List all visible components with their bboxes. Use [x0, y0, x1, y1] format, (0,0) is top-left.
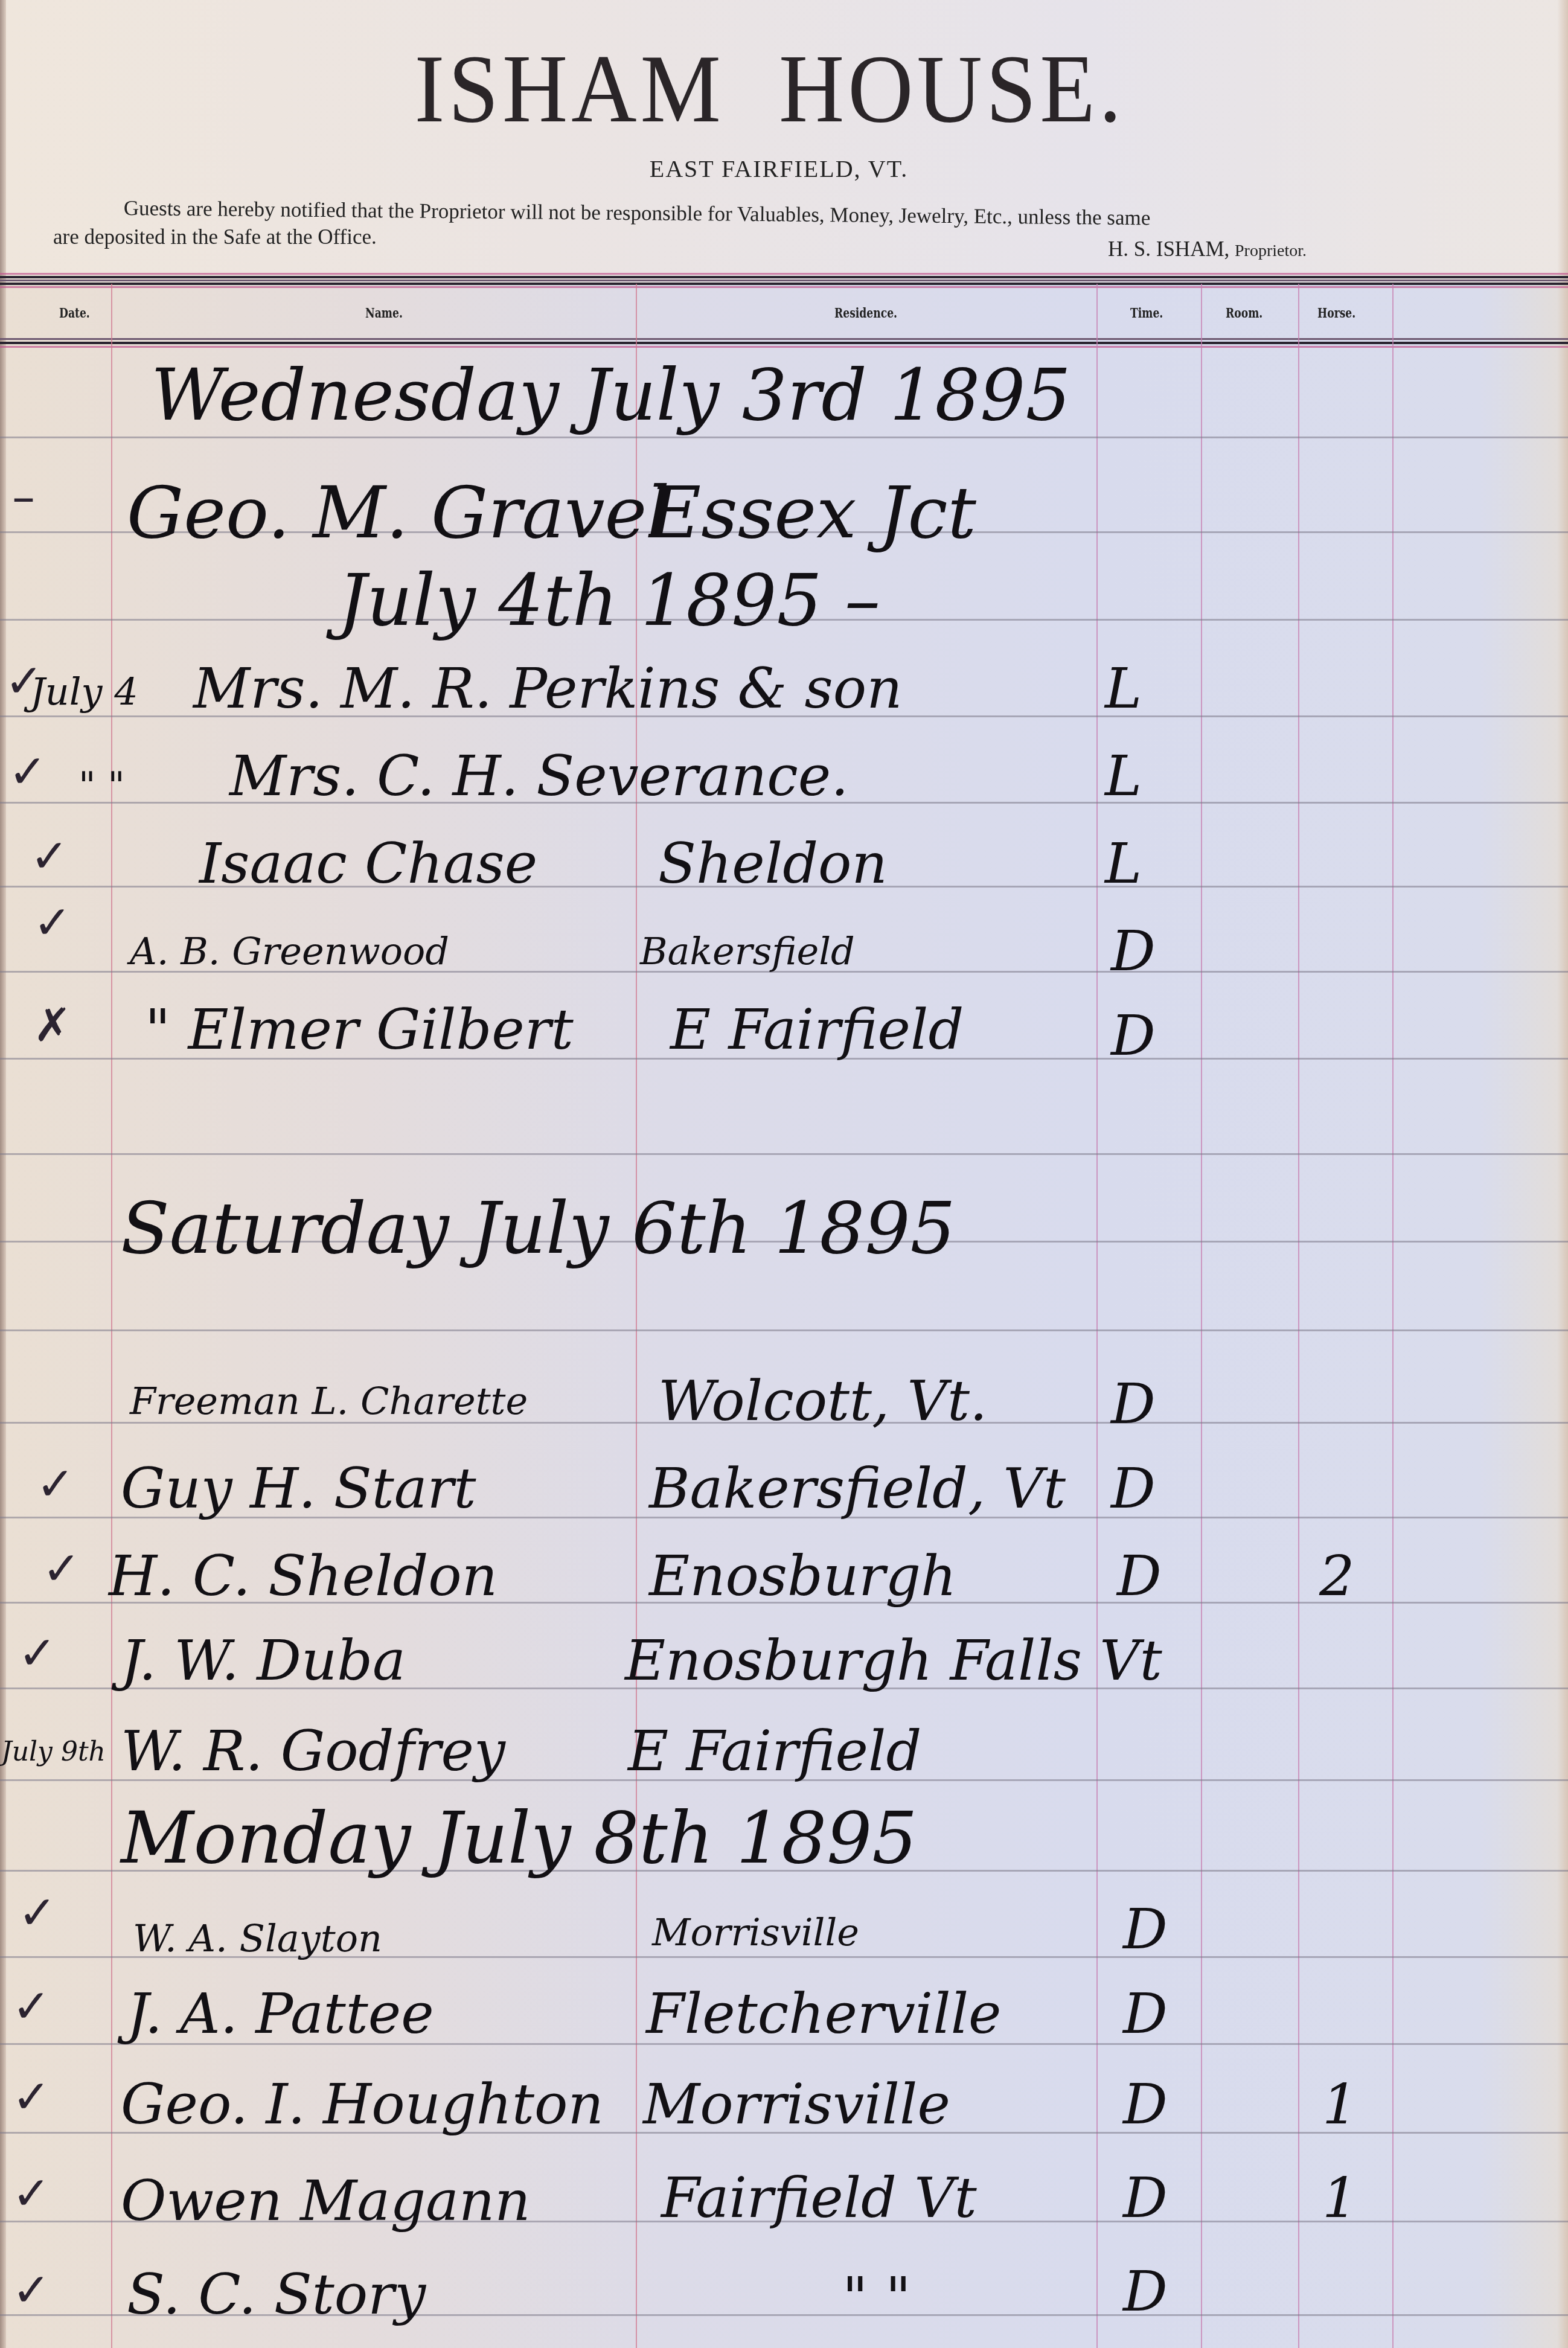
- guest-name: A. B. Greenwood: [130, 933, 449, 970]
- guest-residence: Enosburgh Falls Vt: [625, 1633, 1162, 1689]
- guest-residence: Sheldon: [658, 836, 888, 892]
- arrival-time: D: [1123, 1986, 1168, 2042]
- check-mark-icon: ✓: [33, 900, 72, 945]
- proprietor-name: H. S. ISHAM,: [1108, 237, 1229, 261]
- guest-name: Geo. M. Gravel: [127, 477, 670, 548]
- guest-name: Mrs. C. H. Severance.: [229, 749, 848, 804]
- check-mark-icon: ✓: [12, 2267, 51, 2313]
- row-rule: [0, 1329, 1568, 1331]
- dash-mark: –: [12, 474, 35, 520]
- arrival-time: D: [1123, 2264, 1168, 2320]
- arrival-time: D: [1111, 1461, 1156, 1517]
- day-heading: Saturday July 6th 1895: [121, 1192, 956, 1264]
- guest-name: Owen Magann: [121, 2174, 530, 2229]
- guest-residence: Bakersfield, Vt: [649, 1461, 1066, 1517]
- guest-name: W. R. Godfrey: [121, 1724, 505, 1779]
- proprietor-title: Proprietor.: [1235, 242, 1307, 260]
- check-mark-icon: ✓: [18, 1890, 57, 1936]
- arrival-time: L: [1105, 661, 1142, 717]
- horse-count: 1: [1322, 2077, 1358, 2132]
- arrival-time: D: [1117, 1549, 1162, 1604]
- guest-residence: Morrisville: [643, 2077, 950, 2132]
- guest-residence: E Fairfield: [628, 1724, 921, 1779]
- day-heading: Monday July 8th 1895: [121, 1802, 917, 1873]
- check-mark-icon: ✓: [36, 1461, 75, 1507]
- guest-name: " Elmer Gilbert: [145, 1002, 574, 1058]
- guest-residence: Enosburgh: [649, 1549, 956, 1604]
- column-header-date: Date.: [59, 305, 90, 321]
- column-rule-date: [111, 284, 112, 2348]
- check-mark-icon: ✓: [12, 2074, 51, 2120]
- column-rule-room: [1298, 284, 1299, 2348]
- row-rule: [0, 1153, 1568, 1155]
- entry-date: July 9th: [1, 1739, 106, 1765]
- arrival-time: L: [1105, 836, 1142, 892]
- guest-residence: Bakersfield: [640, 933, 855, 970]
- arrival-time: D: [1111, 924, 1156, 979]
- guest-name: Mrs. M. R. Perkins & son: [193, 661, 902, 717]
- guest-residence: Morrisville: [652, 1914, 859, 1951]
- header-rule-band: [0, 338, 1568, 354]
- proprietor-signature: H. S. ISHAM, Proprietor.: [1108, 237, 1307, 261]
- arrival-time: D: [1123, 1902, 1168, 1957]
- arrival-time: D: [1111, 1377, 1156, 1432]
- guest-name: J. W. Duba: [121, 1633, 406, 1689]
- column-rule-horse: [1392, 284, 1394, 2348]
- column-rule-time: [1201, 284, 1202, 2348]
- title-word-isham: ISHAM: [415, 34, 725, 142]
- day-heading: July 4th 1895 –: [338, 565, 880, 636]
- guest-residence: Fairfield Vt: [661, 2170, 977, 2226]
- guest-residence-ditto: " ": [842, 2270, 911, 2326]
- cross-mark-icon: ✗: [33, 1002, 72, 1048]
- check-mark-icon: ✓: [8, 749, 47, 795]
- row-rule: [0, 437, 1568, 438]
- column-rule-residence: [1096, 284, 1098, 2348]
- guest-name: Freeman L. Charette: [130, 1383, 528, 1420]
- arrival-time: D: [1123, 2170, 1168, 2226]
- guest-name: Guy H. Start: [121, 1461, 476, 1517]
- guest-residence: E Fairfield: [670, 1002, 964, 1058]
- notice-line-2: are deposited in the Safe at the Office.: [53, 225, 377, 249]
- column-header-room: Room.: [1226, 305, 1262, 321]
- column-header-name: Name.: [365, 305, 403, 321]
- column-header-row: Date. Name. Residence. Time. Room. Horse…: [0, 284, 1568, 339]
- check-mark-icon: ✓: [12, 2170, 51, 2216]
- check-mark-icon: ✓: [42, 1546, 81, 1591]
- guest-name: H. C. Sheldon: [109, 1549, 498, 1604]
- arrival-time: D: [1111, 1008, 1156, 1064]
- day-heading: Wednesday July 3rd 1895: [151, 359, 1071, 430]
- check-mark-icon: ✓: [30, 833, 69, 879]
- check-mark-icon: ✓: [12, 1983, 51, 2029]
- guest-name: W. A. Slayton: [133, 1920, 382, 1957]
- guest-name: Isaac Chase: [199, 836, 537, 892]
- guest-name: S. C. Story: [127, 2267, 426, 2323]
- arrival-time: L: [1105, 749, 1142, 804]
- guest-residence: Essex Jct: [649, 477, 976, 548]
- entry-date: July 4: [30, 673, 138, 711]
- horse-count: 1: [1322, 2170, 1358, 2226]
- arrival-time: D: [1123, 2077, 1168, 2132]
- title-word-house: HOUSE.: [779, 34, 1125, 142]
- entry-date-ditto: " ": [78, 767, 125, 804]
- hotel-location: EAST FAIRFIELD, VT.: [616, 155, 942, 183]
- column-header-time: Time.: [1130, 305, 1163, 321]
- guest-residence: Wolcott, Vt.: [658, 1374, 987, 1429]
- column-header-horse: Horse.: [1317, 305, 1355, 321]
- guest-residence: Fletcherville: [646, 1986, 1002, 2042]
- check-mark-icon: ✓: [18, 1630, 57, 1676]
- horse-count: 2: [1319, 1549, 1355, 1604]
- guest-name: J. A. Pattee: [127, 1986, 434, 2042]
- hotel-title: ISHAMHOUSE.: [380, 40, 1159, 138]
- guest-name: Geo. I. Houghton: [121, 2077, 604, 2132]
- column-header-residence: Residence.: [834, 305, 897, 321]
